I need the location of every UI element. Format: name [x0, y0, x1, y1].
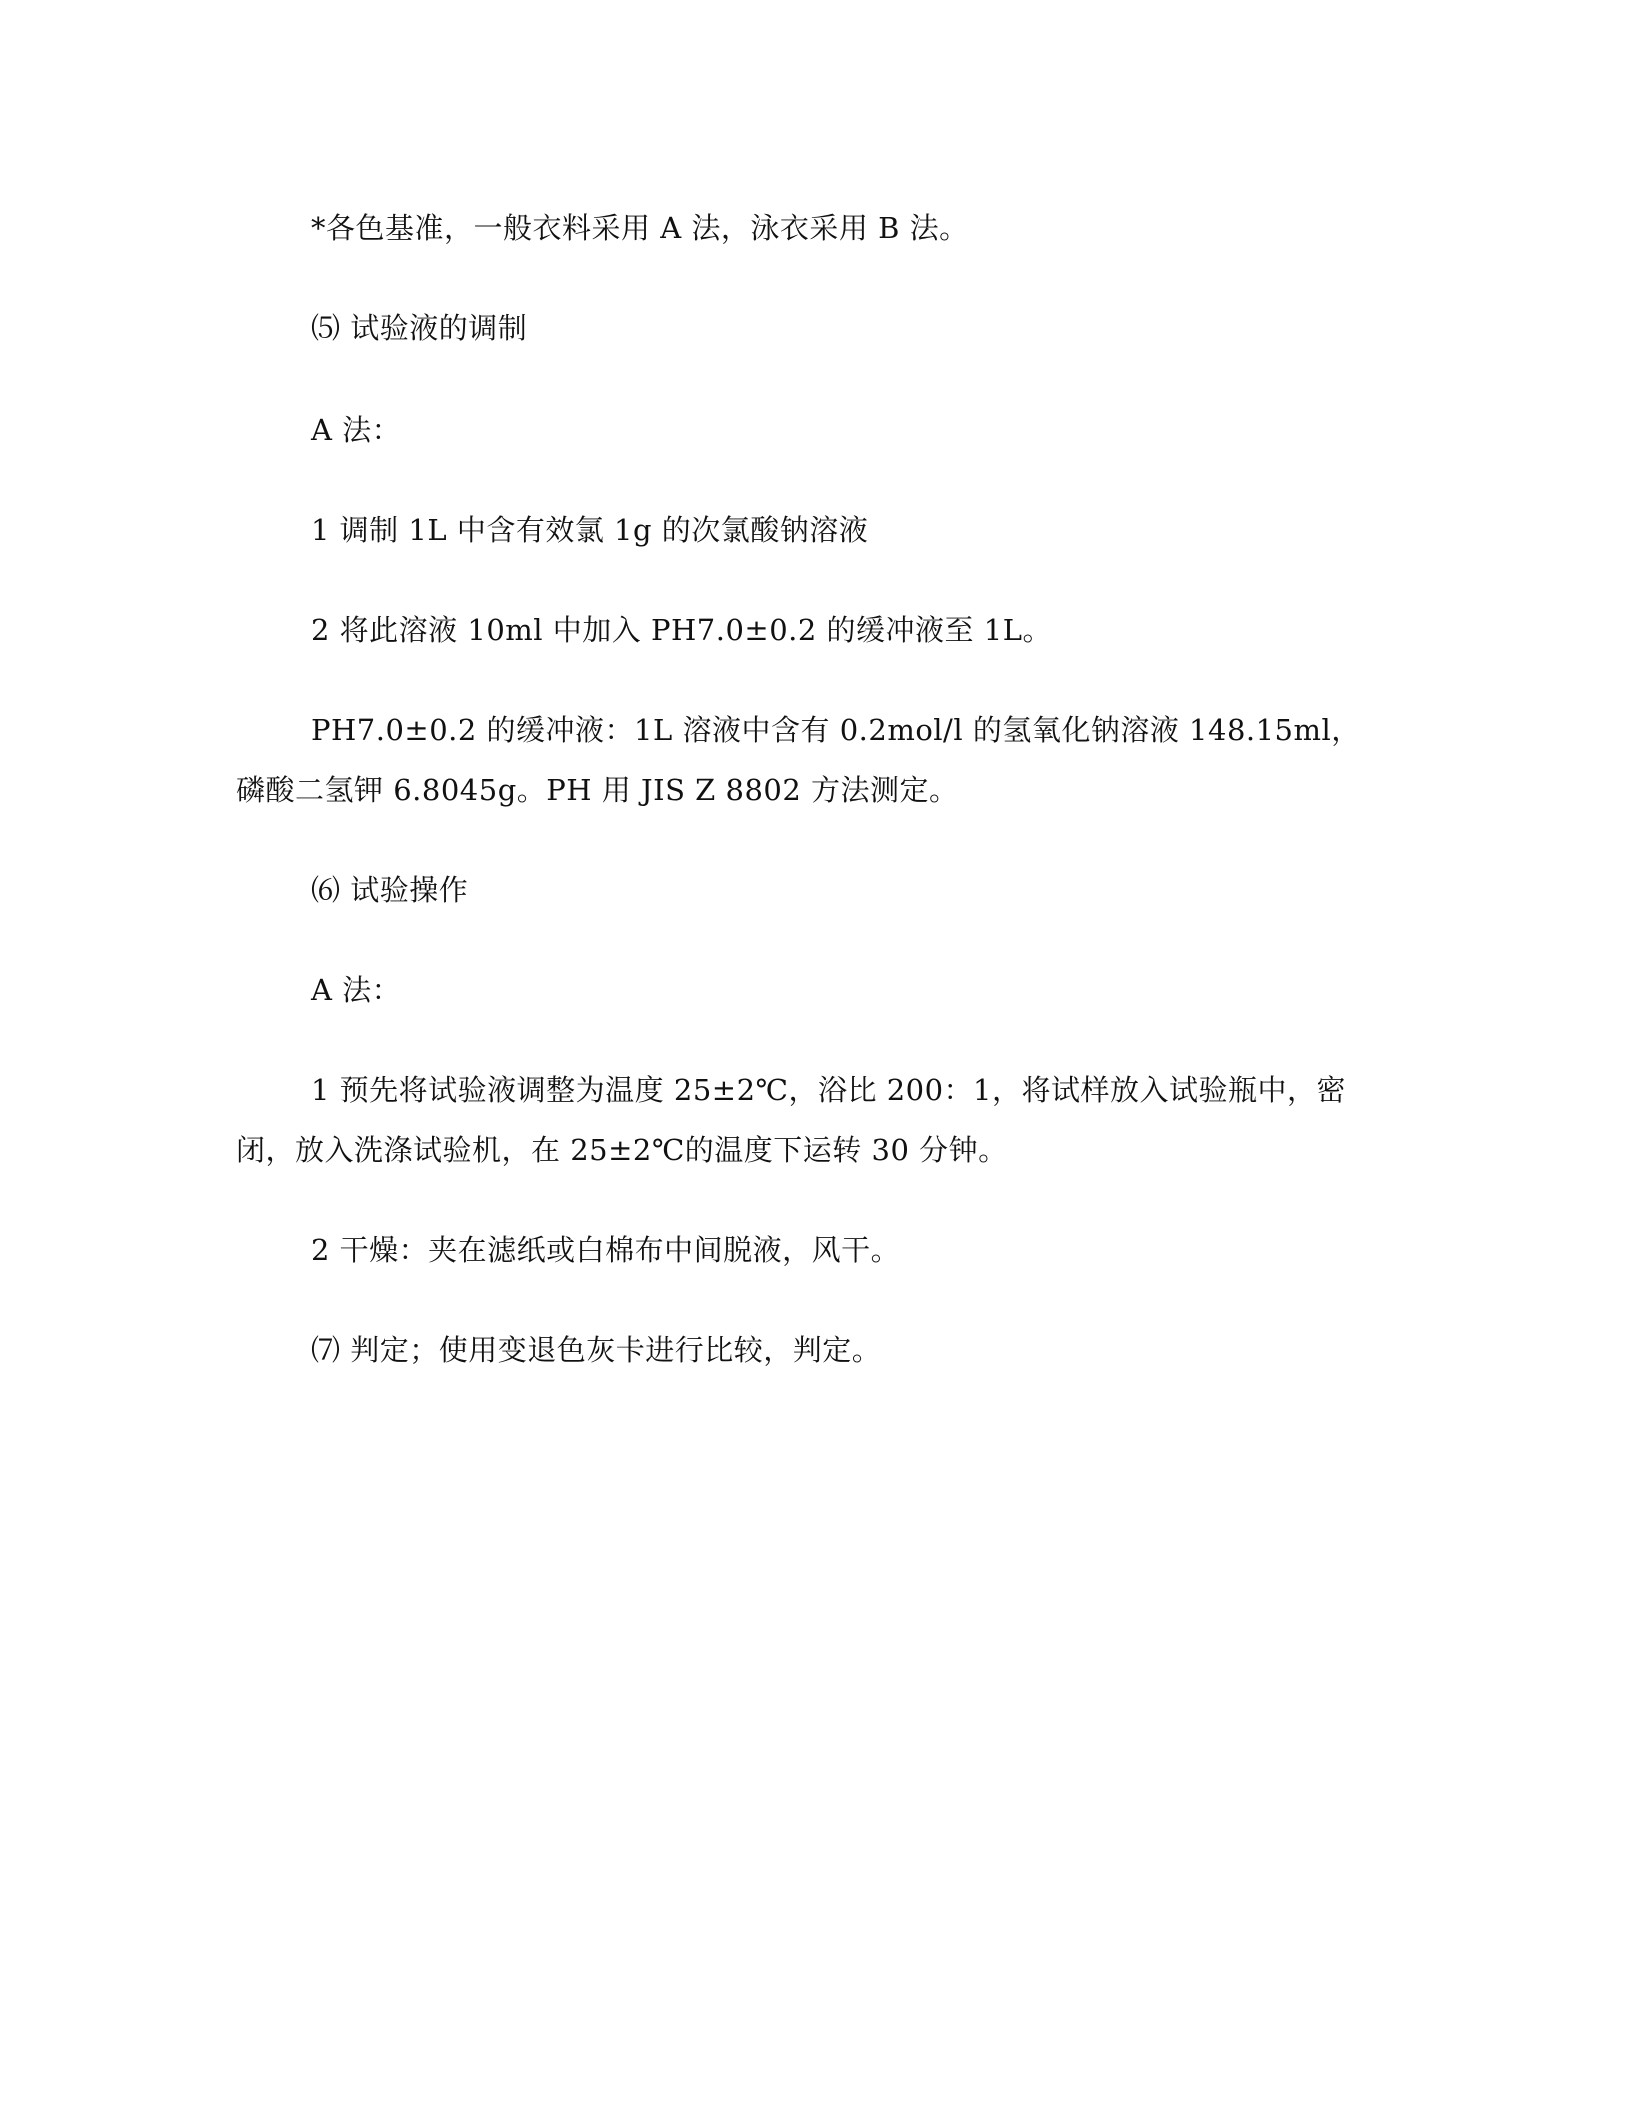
- operation-step-1-line-1: 1 预先将试验液调整为温度 25±2℃，浴比 200：1，将试样放入试验瓶中，密: [311, 1072, 1346, 1108]
- operation-step-1-line-2: 闭，放入洗涤试验机，在 25±2℃的温度下运转 30 分钟。: [236, 1132, 1008, 1168]
- preparation-step-1: 1 调制 1L 中含有效氯 1g 的次氯酸钠溶液: [311, 512, 868, 548]
- document-page: *各色基准，一般衣料采用 A 法，泳衣采用 B 法。 ⑸ 试验液的调制 A 法：…: [0, 0, 1632, 2112]
- method-a-label: A 法：: [311, 412, 401, 448]
- method-a-label-2: A 法：: [311, 972, 401, 1008]
- section-7-judgement: ⑺ 判定；使用变退色灰卡进行比较，判定。: [311, 1332, 881, 1368]
- section-5-heading: ⑸ 试验液的调制: [311, 310, 527, 346]
- preparation-step-2: 2 将此溶液 10ml 中加入 PH7.0±0.2 的缓冲液至 1L。: [311, 612, 1052, 648]
- buffer-definition-line-2: 磷酸二氢钾 6.8045g。PH 用 JIS Z 8802 方法测定。: [236, 772, 959, 808]
- color-standard-note: *各色基准，一般衣料采用 A 法，泳衣采用 B 法。: [311, 210, 969, 246]
- section-6-heading: ⑹ 试验操作: [311, 872, 468, 908]
- operation-step-2: 2 干燥：夹在滤纸或白棉布中间脱液，风干。: [311, 1232, 900, 1268]
- buffer-definition-line-1: PH7.0±0.2 的缓冲液：1L 溶液中含有 0.2mol/l 的氢氧化钠溶液…: [311, 712, 1361, 748]
